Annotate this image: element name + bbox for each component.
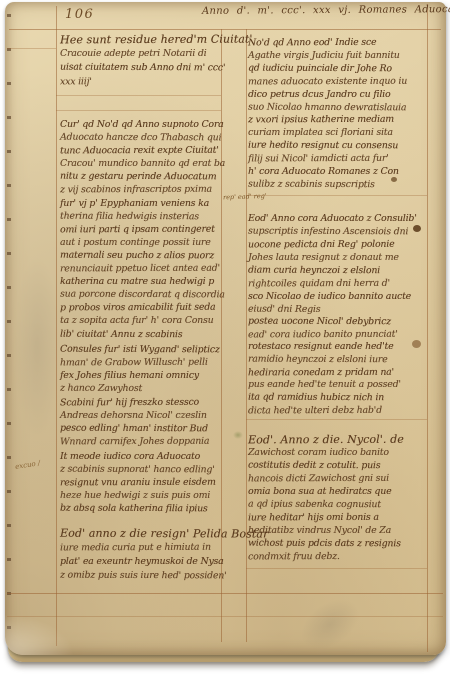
manuscript-paragraph: Eod'. Anno z die. Nycol'. deZawichost co… [248, 433, 432, 563]
manuscript-paragraph: Scabini fur' hij freszko stesscoAndreas … [60, 396, 230, 448]
manuscript-text-line: ramidio heynczoi z elsloni iure [248, 354, 432, 368]
manuscript-text-line: hediraria conedam z pridam na' [248, 366, 432, 380]
manuscript-text-line: p probos viros amicabilit fuit seda [60, 301, 230, 315]
manuscript-paragraph: postea uocone Nicol' debybriczead' cora … [248, 316, 432, 418]
ruling-line-right-separator-3 [246, 568, 427, 569]
manuscript-text-line: z omibz puis suis iure hed' possiden' [60, 569, 230, 584]
manuscript-text-line: aut i postum continge possit iure [60, 236, 230, 249]
manuscript-text-line: hman' de Grabow Willusch' pelli [60, 355, 230, 369]
manuscript-text-line: omi iuri parti q ipsam contingeret [60, 222, 230, 236]
manuscript-page: 106 Anno d'. m'. ccc'. xxx vj. Romanes A… [5, 2, 446, 655]
manuscript-text-line: h' cora Aduocato Romanes z Con [248, 166, 432, 179]
ink-blot [412, 340, 421, 348]
manuscript-text-line: manes aduocato existente inquo iu [248, 75, 432, 89]
manuscript-text-line: qd iudiciu puinciale dir Johe Ro [248, 62, 432, 76]
manuscript-text-line: rotestaco resignut eande hed'te [248, 341, 432, 354]
manuscript-text-line: costitutis dedit z cotulit. puis [248, 458, 432, 472]
manuscript-text-line: therina filia hedwigis insterias [60, 209, 230, 223]
ink-blot [391, 177, 397, 182]
manuscript-text-line: sulibz z scabinis supscriptis [248, 179, 432, 193]
manuscript-text-line: lib' ciuitat' Annu z scabinis [60, 327, 230, 341]
manuscript-text-line: dicta hed'te ulteri debz hab'd [248, 404, 432, 418]
ruling-line-top-frame [9, 29, 441, 30]
ruling-line-gutter-right [246, 29, 247, 642]
ruling-line-bottom-frame-2 [7, 616, 443, 617]
manuscript-text-line: Agathe virgis Judiciu fuit bannitu [248, 50, 432, 63]
manuscript-text-line: Scabini fur' hij freszko stessco [60, 395, 230, 409]
manuscript-paragraph: Cur' qd No'd qd Anno supnoto CoraAduocat… [60, 118, 230, 341]
manuscript-text-line: dico petrus dcus Jandro cu filio [248, 89, 432, 102]
manuscript-text-line: ead' cora iudico banito pnunciat' [248, 328, 432, 342]
manuscript-text-line: tunc Aduocacia rexit expte Ciuitat' [60, 144, 230, 158]
manuscript-text-line: omia bona sua at hediratcs que [248, 485, 432, 498]
running-header: Anno d'. m'. ccc'. xxx vj. Romanes Aduoc… [202, 4, 448, 17]
manuscript-text-line: wichost puis pdcis dats z resignis [248, 536, 432, 550]
manuscript-text-line: Eod'. Anno z die. Nycol'. de [248, 432, 432, 446]
manuscript-paragraph: No'd qd Anno eod' Indie sceAgathe virgis… [248, 37, 432, 192]
manuscript-text-line: renunciauit ppetuo licet antea ead' [60, 262, 230, 276]
manuscript-text-line: z hanco Zawyhost [60, 381, 230, 395]
manuscript-text-line: supscriptis infestino Ascensiois dni [248, 224, 432, 238]
manuscript-text-line: curiam implatea sci floriani sita [248, 127, 432, 140]
manuscript-text-line: postea uocone Nicol' debybricz [248, 315, 432, 329]
manuscript-text-line: hancois dicti Zawichost gni sui [248, 471, 432, 485]
manuscript-text-line: z vij scabinos infrascriptos pxima [60, 183, 230, 197]
binding-sewing-holes [7, 14, 11, 639]
manuscript-text-line: plat' ea exeuntr heymuskoi de Nysa [60, 555, 230, 569]
left-marginal-note: excuo / [15, 459, 41, 471]
manuscript-text-line: Consules fur' isti Wygand' selipticz [60, 342, 230, 356]
manuscript-text-line: iure media curia put e himiuta in [60, 540, 230, 555]
text-column-right: No'd qd Anno eod' Indie sceAgathe virgis… [248, 31, 432, 563]
manuscript-text-line: No'd qd Anno eod' Indie sce [248, 37, 432, 51]
manuscript-text-line: Andreas dehorsna Nicol' czeslin [60, 409, 230, 422]
manuscript-text-line: Aduocato hancze dco Thabasch qui [60, 131, 230, 145]
manuscript-text-line: sua porcone discordarat q discordia [60, 288, 230, 302]
folio-number: 106 [65, 7, 94, 22]
manuscript-paragraph: It meode iudico cora Aduocatoz scabinis … [60, 450, 230, 516]
manuscript-text-line: z scabinis supnorat' hanco edling' [60, 462, 230, 476]
parchment-stain [288, 586, 371, 663]
manuscript-text-line: uisat ciuitatem sub Anno dni m' ccc' [60, 61, 230, 76]
parchment-stain [13, 252, 61, 442]
manuscript-text-line: eiusd' dni Regis [248, 302, 432, 316]
manuscript-text-line: fex Johes filius hemani omnicy [60, 369, 230, 382]
manuscript-text-line: diam curia heynczoi z elsloni [248, 263, 432, 277]
manuscript-paragraph: Eod' Anno cora Aduocato z Consulib'supsc… [248, 212, 432, 316]
manuscript-paragraph: Consules fur' isti Wygand' selipticzhman… [60, 343, 230, 395]
manuscript-text-line: Cur' qd No'd qd Anno supnoto Cora [60, 118, 230, 131]
manuscript-text-line: uocone pedicta dni Reg' polonie [248, 237, 432, 251]
text-column-left: Hee sunt residue hered'm Ciuitat'Cracoui… [60, 31, 230, 583]
manuscript-text-line: heze hue hedwigi z suis puis omi [60, 489, 230, 502]
manuscript-text-line: resignut vnu araniu insule eisdem [60, 476, 230, 490]
manuscript-text-line: filij sui Nicol' iamdicti acta fur' [248, 153, 432, 167]
manuscript-text-line: Johes lauta resignut z donaut me [248, 251, 432, 264]
manuscript-text-line: z vxori ipsius katherine mediam [248, 114, 432, 128]
manuscript-text-line: maternali seu pucho z alios puorz [60, 249, 230, 263]
photo-background: 106 Anno d'. m'. ccc'. xxx vj. Romanes A… [0, 0, 450, 676]
manuscript-text-line: katherina cu matre sua hedwigi p [60, 275, 230, 288]
manuscript-text-line: xxx iiij' [60, 75, 230, 90]
manuscript-text-line: pesco edling' hman' institor Bud [60, 421, 230, 435]
manuscript-text-line: pus eande hed'te tenuit a possed' [248, 379, 432, 392]
manuscript-text-line: iure hedito resignut cu consensu [248, 140, 432, 154]
manuscript-text-line: fur' vj p' Epyphaniam veniens ka [60, 197, 230, 210]
manuscript-text-line: sco Nicolao de iudico bannito aucte [248, 290, 432, 303]
manuscript-text-line: Hee sunt residue hered'm Ciuitat' [60, 33, 230, 48]
manuscript-text-line: iure heditar' hijs omi bonis a [248, 510, 432, 524]
manuscript-paragraph: Eod' anno z die resign' Pelida Bostariur… [60, 527, 230, 584]
manuscript-text-line: Cracouie adepte petri Notarii di [60, 47, 230, 61]
manuscript-text-line: heditatibz vindrus Nycol' de Za [248, 524, 432, 537]
ruling-line-top-margin-short [7, 48, 56, 49]
ink-blot [413, 225, 421, 232]
pencil-mark [233, 431, 243, 439]
manuscript-text-line: Zawichost coram iudico banito [248, 446, 432, 459]
manuscript-text-line: condmxit fruu debz. [248, 549, 432, 563]
manuscript-text-line: a qd ipius sabenka cognusiut [248, 497, 432, 511]
manuscript-text-line: rightcoiles quidam dni herra d' [248, 276, 432, 290]
manuscript-text-line: It meode iudico cora Aduocato [60, 450, 230, 463]
manuscript-text-line: ita qd ramidius hubicz nich in [248, 392, 432, 406]
manuscript-text-line: bz absq sola katherina filia ipius [60, 502, 230, 516]
manuscript-text-line: Eod' Anno cora Aduocato z Consulib' [248, 212, 432, 225]
manuscript-paragraph: Hee sunt residue hered'm Ciuitat'Cracoui… [60, 33, 230, 89]
ruling-line-left-margin [56, 6, 57, 646]
manuscript-text-line: ta z sopita acta fur' h' cora Consu [60, 314, 230, 327]
ruling-line-bottom-frame-1 [7, 593, 443, 594]
manuscript-text-line: Wnnard carnifex Johes doppania [60, 434, 230, 448]
manuscript-text-line: Eod' anno z die resign' Pelida Bostar [60, 526, 230, 541]
manuscript-text-line: Cracou' mundico bannito qd erat ba [60, 157, 230, 170]
